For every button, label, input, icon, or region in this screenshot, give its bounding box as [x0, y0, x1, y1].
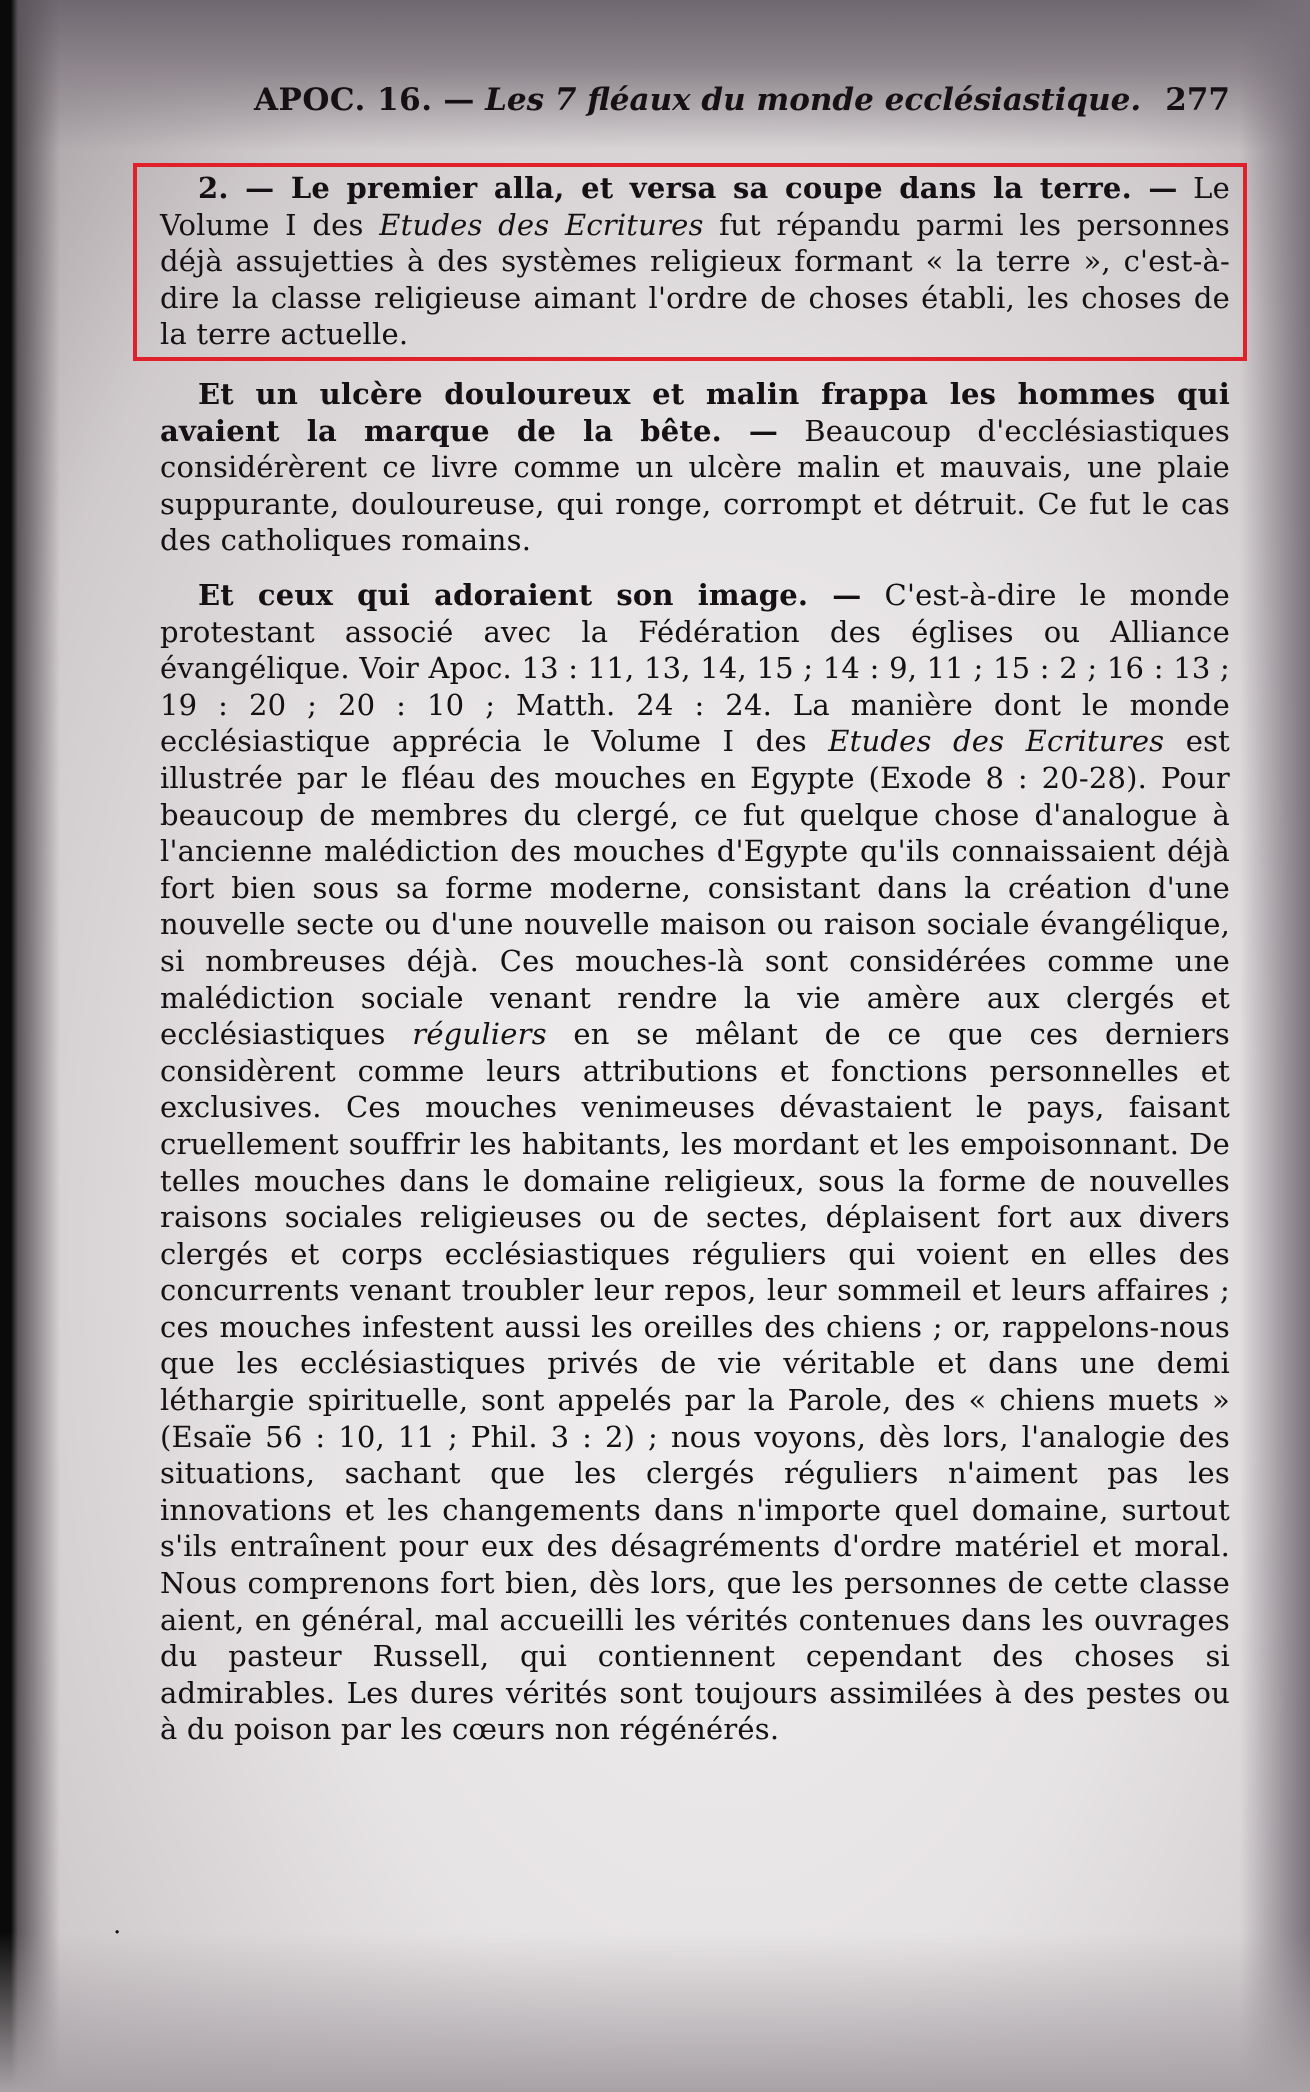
emphasis: réguliers — [412, 1017, 547, 1051]
scan-shadow-top — [0, 0, 1310, 150]
paragraph-ulcer: Et un ulcère douloureux et malin frappa … — [160, 376, 1230, 559]
book-title: Etudes des Ecritures — [379, 208, 703, 242]
scan-shadow-left — [0, 0, 60, 2092]
body-text: en se mêlant de ce que ces derniers cons… — [160, 1017, 1230, 1746]
book-title: Etudes des Ecritures — [828, 724, 1164, 758]
verse-label: Et ceux qui adoraient son image. — — [198, 578, 861, 612]
margin-mark: . — [113, 1910, 121, 1940]
header-dash: — — [443, 82, 474, 118]
verse-label: 2. — Le premier alla, et versa sa coupe … — [198, 171, 1178, 205]
running-title: Les 7 fléaux du monde ecclésiastique. — [485, 82, 1141, 118]
chapter-reference: APOC. 16. — [254, 82, 433, 118]
running-head: APOC. 16. — Les 7 fléaux du monde ecclés… — [254, 80, 1230, 120]
paragraph-image: Et ceux qui adoraient son image. — C'est… — [160, 577, 1230, 1748]
body-text: est illustrée par le fléau des mouches e… — [160, 724, 1230, 1051]
scan-shadow-right — [1240, 0, 1310, 2092]
scan-shadow-bottom — [0, 1932, 1310, 2092]
page-number: 277 — [1165, 80, 1230, 120]
highlighted-paragraph: 2. — Le premier alla, et versa sa coupe … — [160, 170, 1230, 353]
